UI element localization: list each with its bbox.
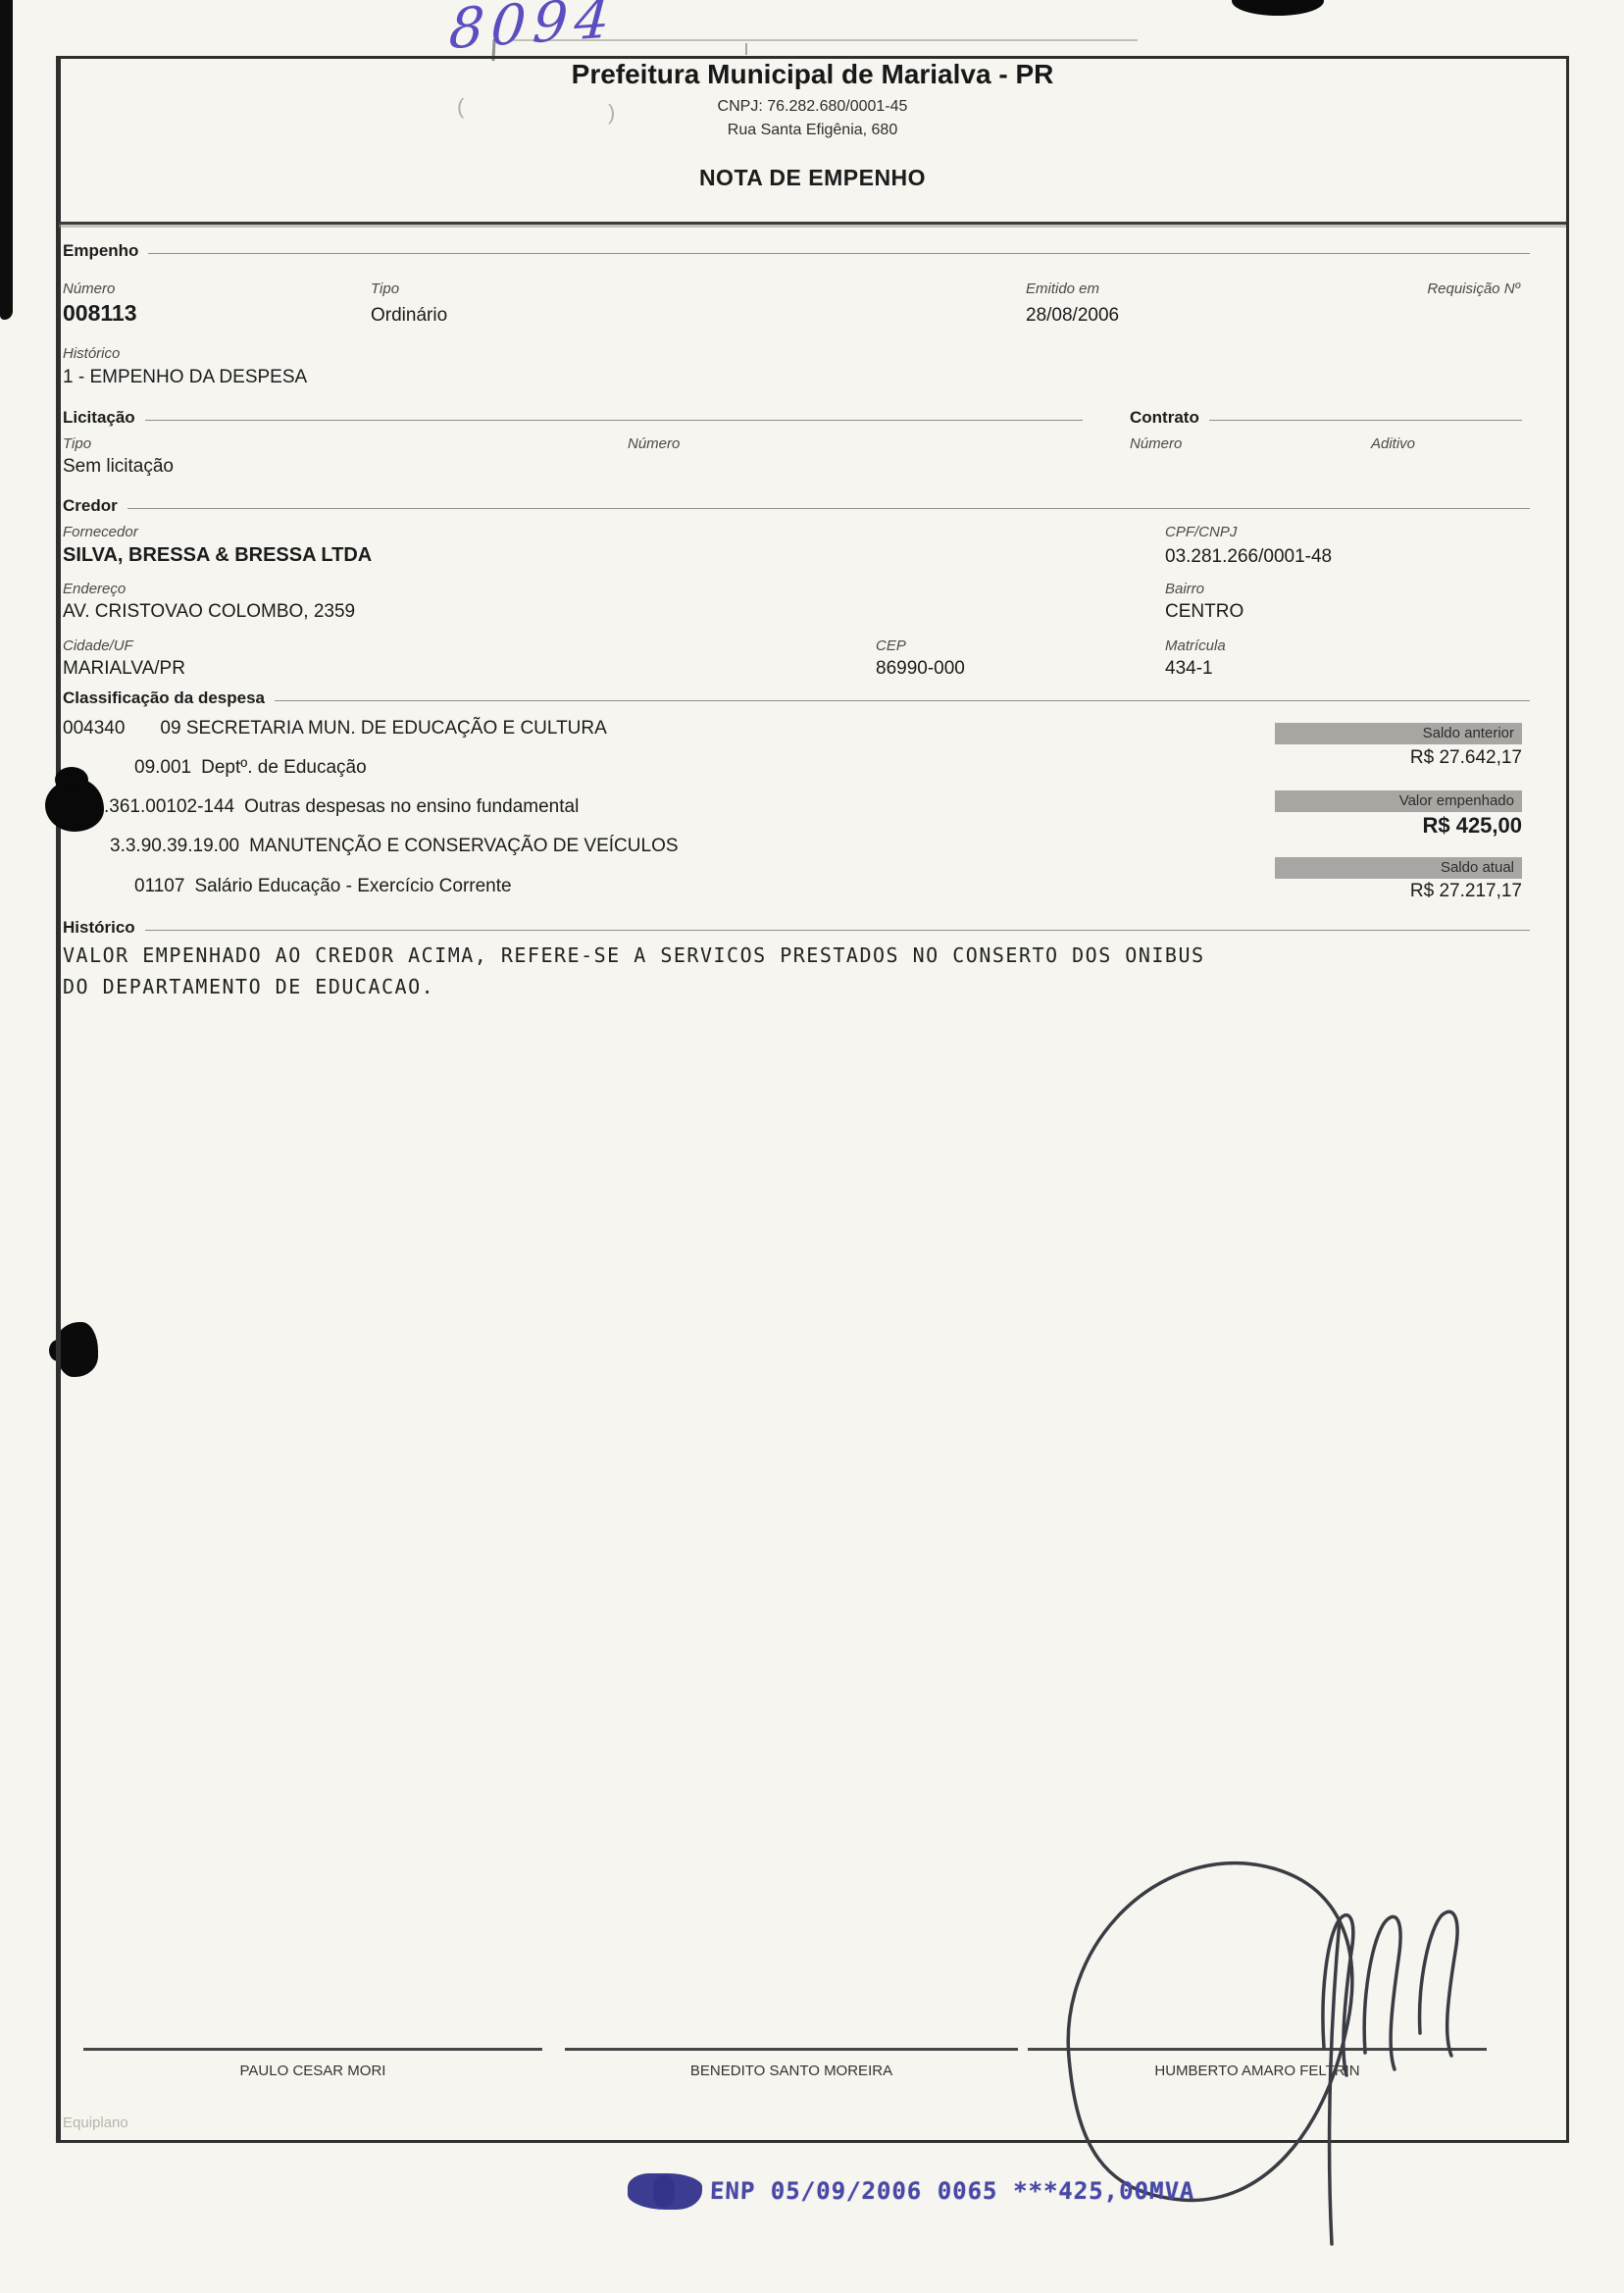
left-edge-scan-artifact (0, 0, 13, 320)
field-numero-value: 008113 (63, 300, 136, 327)
classificacao-desc: Deptº. de Educação (201, 757, 367, 778)
section-historico-header: Histórico (63, 918, 1530, 938)
field-numero-label: Número (63, 280, 115, 297)
section-rule (145, 930, 1530, 931)
signature-line (565, 2048, 1018, 2051)
ink-blob-classificacao (45, 779, 104, 832)
classificacao-code: 09.001 (134, 757, 191, 778)
cnpj-line: CNPJ: 76.282.680/0001-45 (56, 98, 1569, 116)
classificacao-code: 01107 (134, 876, 184, 896)
historico-text-line2: DO DEPARTAMENTO DE EDUCACAO. (63, 975, 434, 998)
section-historico-label: Histórico (63, 918, 135, 938)
classificacao-row: 3.3.90.39.19.00MANUTENÇÃO E CONSERVAÇÃO … (110, 836, 679, 857)
field-licitacao-tipo-value: Sem licitação (63, 456, 174, 478)
equiplano-watermark: Equiplano (63, 2115, 128, 2131)
section-credor-label: Credor (63, 496, 118, 516)
field-fornecedor-label: Fornecedor (63, 524, 138, 540)
section-contrato-label: Contrato (1130, 408, 1199, 428)
section-rule (148, 253, 1530, 254)
field-cidadeuf-label: Cidade/UF (63, 637, 133, 654)
section-empenho-header: Empenho (63, 241, 1530, 261)
field-matricula-value: 434-1 (1165, 658, 1213, 680)
saldo-anterior-value: R$ 27.642,17 (1275, 747, 1522, 769)
field-historico-value: 1 - EMPENHO DA DESPESA (63, 367, 307, 388)
field-tipo-value: Ordinário (371, 305, 447, 327)
classificacao-code: 004340 (63, 718, 125, 739)
municipality-title: Prefeitura Municipal de Marialva - PR (56, 59, 1569, 90)
field-cep-value: 86990-000 (876, 658, 965, 680)
section-licitacao-label: Licitação (63, 408, 135, 428)
saldo-atual-value: R$ 27.217,17 (1275, 881, 1522, 902)
field-requisicao-label: Requisição Nº (1368, 280, 1520, 297)
handwritten-number: 8094 (447, 0, 619, 62)
classificacao-desc: Outras despesas no ensino fundamental (244, 796, 579, 817)
field-cpfcnpj-value: 03.281.266/0001-48 (1165, 546, 1332, 568)
field-cep-label: CEP (876, 637, 906, 654)
classificacao-code: 3.3.90.39.19.00 (110, 836, 239, 856)
classificacao-desc: Salário Educação - Exercício Corrente (194, 876, 511, 896)
historico-text-line1: VALOR EMPENHADO AO CREDOR ACIMA, REFERE-… (63, 943, 1205, 967)
field-tipo-label: Tipo (371, 280, 399, 297)
section-empenho-label: Empenho (63, 241, 138, 261)
top-right-ink-blob (1232, 0, 1324, 16)
classificacao-desc: MANUTENÇÃO E CONSERVAÇÃO DE VEÍCULOS (249, 836, 678, 856)
field-bairro-label: Bairro (1165, 581, 1204, 597)
field-bairro-value: CENTRO (1165, 601, 1243, 623)
stamp-ink-blob (628, 2173, 700, 2209)
field-cpfcnpj-label: CPF/CNPJ (1165, 524, 1237, 540)
section-rule (275, 700, 1530, 701)
field-endereco-value: AV. CRISTOVAO COLOMBO, 2359 (63, 601, 355, 623)
classificacao-row: 01107Salário Educação - Exercício Corren… (134, 876, 512, 897)
signature-line (83, 2048, 542, 2051)
field-emitido-value: 28/08/2006 (1026, 305, 1119, 327)
field-licitacao-tipo-label: Tipo (63, 435, 91, 452)
classificacao-desc: 09 SECRETARIA MUN. DE EDUCAÇÃO E CULTURA (160, 718, 606, 739)
header-separator (59, 222, 1566, 225)
section-classificacao-label: Classificação da despesa (63, 688, 265, 708)
classificacao-code: .361.00102-144 (104, 796, 234, 817)
field-emitido-label: Emitido em (1026, 280, 1099, 297)
section-rule (1209, 420, 1522, 421)
field-matricula-label: Matrícula (1165, 637, 1226, 654)
section-licitacao-header: Licitação (63, 408, 1083, 428)
border-ink-tick (745, 43, 747, 55)
address-line: Rua Santa Efigênia, 680 (56, 122, 1569, 139)
section-rule (127, 508, 1530, 509)
classificacao-row: 00434009 SECRETARIA MUN. DE EDUCAÇÃO E C… (63, 718, 607, 739)
field-historico-label: Histórico (63, 345, 120, 362)
section-credor-header: Credor (63, 496, 1530, 516)
field-endereco-label: Endereço (63, 581, 126, 597)
valor-empenhado-value: R$ 425,00 (1275, 813, 1522, 839)
section-rule (145, 420, 1083, 421)
field-licitacao-numero-label: Número (628, 435, 680, 452)
section-contrato-header: Contrato (1130, 408, 1522, 428)
signature-name: BENEDITO SANTO MOREIRA (565, 2063, 1018, 2079)
field-cidadeuf-value: MARIALVA/PR (63, 658, 185, 680)
scanned-document-page: ( ) 8094 Prefeitura Municipal de Marialv… (0, 0, 1624, 2293)
field-fornecedor-value: SILVA, BRESSA & BRESSA LTDA (63, 544, 372, 567)
document-type-title: NOTA DE EMPENHO (56, 165, 1569, 191)
field-contrato-aditivo-label: Aditivo (1371, 435, 1415, 452)
signature-name: PAULO CESAR MORI (83, 2063, 542, 2079)
classificacao-row: .361.00102-144Outras despesas no ensino … (104, 796, 579, 818)
stamp-text: ENP 05/09/2006 0065 ***425,00MVA (710, 2177, 1195, 2205)
field-contrato-numero-label: Número (1130, 435, 1182, 452)
section-classificacao-header: Classificação da despesa (63, 688, 1530, 708)
classificacao-row: 09.001Deptº. de Educação (134, 757, 367, 779)
valor-empenhado-bar: Valor empenhado (1275, 790, 1522, 812)
saldo-anterior-bar: Saldo anterior (1275, 723, 1522, 744)
saldo-atual-bar: Saldo atual (1275, 857, 1522, 879)
